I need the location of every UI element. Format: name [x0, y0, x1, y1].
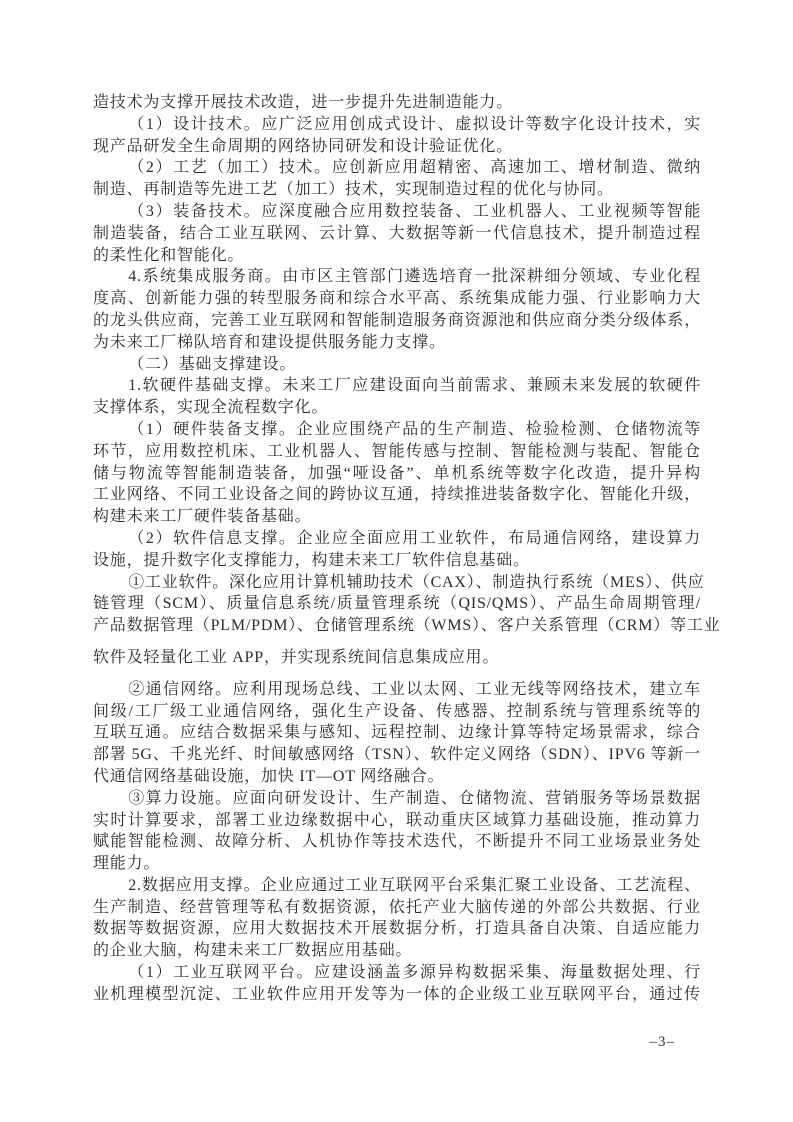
text-line: 实时计算要求，部署工业边缘数据中心，联动重庆区域算力基础设施，推动算力	[93, 810, 701, 832]
text-line: （2）工艺（加工）技术。应创新应用超精密、高速加工、增材制造、微纳	[93, 157, 701, 179]
document-page: 造技术为支撑开展技术改造，进一步提升先进制造能力。（1）设计技术。应广泛应用创成…	[0, 0, 793, 1122]
text-line: 产品数据管理（PLM/PDM）、仓储管理系统（WMS）、客户关系管理（CRM）等…	[93, 615, 701, 637]
text-line: 理能力。	[93, 853, 701, 875]
text-line: 制造装备，结合工业互联网、云计算、大数据等新一代信息技术，提升制造过程	[93, 223, 701, 245]
text-line: 现产品研发全生命周期的网络协同研发和设计验证优化。	[93, 136, 701, 158]
text-line: 造技术为支撑开展技术改造，进一步提升先进制造能力。	[93, 92, 701, 114]
text-line: 构建未来工厂硬件装备基础。	[93, 506, 701, 528]
text-line: 支撑体系，实现全流程数字化。	[93, 397, 701, 419]
text-line: 业机理模型沉淀、工业软件应用开发等为一体的企业级工业互联网平台，通过传	[93, 984, 701, 1006]
text-line: 代通信网络基础设施，加快 IT—OT 网络融合。	[93, 766, 701, 788]
text-line: （二）基础支撑建设。	[93, 354, 701, 376]
text-line: 的企业大脑，构建未来工厂数据应用基础。	[93, 940, 701, 962]
text-line: 1.软硬件基础支撑。未来工厂应建设面向当前需求、兼顾未来发展的软硬件	[93, 375, 701, 397]
text-line: 部署 5G、千兆光纤、时间敏感网络（TSN）、软件定义网络（SDN）、IPV6 …	[93, 744, 701, 766]
text-line: 互联互通。应结合数据采集与感知、远程控制、边缘计算等特定场景需求，综合	[93, 722, 701, 744]
text-line: 数据等数据资源，应用大数据技术开展数据分析，打造具备自决策、自适应能力	[93, 918, 701, 940]
text-line: 度高、创新能力强的转型服务商和综合水平高、系统集成能力强、行业影响力大	[93, 288, 701, 310]
text-line: 储与物流等智能制造装备，加强“哑设备”、单机系统等数字化改造，提升异构	[93, 463, 701, 485]
text-line: （1）硬件装备支撑。企业应围绕产品的生产制造、检验检测、仓储物流等	[93, 419, 701, 441]
text-line: 赋能智能检测、故障分析、人机协作等技术迭代，不断提升不同工业场景业务处	[93, 831, 701, 853]
text-line: 环节，应用数控机床、工业机器人、智能传感与控制、智能检测与装配、智能仓	[93, 441, 701, 463]
text-line: 设施，提升数字化支撑能力，构建未来工厂软件信息基础。	[93, 550, 701, 572]
text-line: ①工业软件。深化应用计算机辅助技术（CAX）、制造执行系统（MES）、供应	[93, 572, 701, 594]
text-line: 2.数据应用支撑。企业应通过工业互联网平台采集汇聚工业设备、工艺流程、	[93, 875, 701, 897]
text-line: 间级/工厂级工业通信网络，强化生产设备、传感器、控制系统与管理系统等的	[93, 701, 701, 723]
text-line: 的柔性化和智能化。	[93, 245, 701, 267]
page-number: –3–	[650, 1034, 676, 1051]
text-line: 工业网络、不同工业设备之间的跨协议互通，持续推进装备数字化、智能化升级，	[93, 484, 701, 506]
text-line: 软件及轻量化工业 APP，并实现系统间信息集成应用。	[93, 647, 701, 669]
text-line: （3）装备技术。应深度融合应用数控装备、工业机器人、工业视频等智能	[93, 201, 701, 223]
text-line: （1）设计技术。应广泛应用创成式设计、虚拟设计等数字化设计技术，实	[93, 114, 701, 136]
text-line: 为未来工厂梯队培育和建设提供服务能力支撑。	[93, 332, 701, 354]
text-line: 生产制造、经营管理等私有数据资源，依托产业大脑传递的外部公共数据、行业	[93, 897, 701, 919]
text-line: 链管理（SCM）、质量信息系统/质量管理系统（QIS/QMS）、产品生命周期管理…	[93, 593, 701, 615]
text-line: 4.系统集成服务商。由市区主管部门遴选培育一批深耕细分领域、专业化程	[93, 266, 701, 288]
text-line: （2）软件信息支撑。企业应全面应用工业软件，布局通信网络，建设算力	[93, 528, 701, 550]
text-line: ②通信网络。应利用现场总线、工业以太网、工业无线等网络技术，建立车	[93, 679, 701, 701]
document-body: 造技术为支撑开展技术改造，进一步提升先进制造能力。（1）设计技术。应广泛应用创成…	[93, 92, 701, 1006]
text-line: 的龙头供应商，完善工业互联网和智能制造服务商资源池和供应商分类分级体系，	[93, 310, 701, 332]
text-line: 制造、再制造等先进工艺（加工）技术，实现制造过程的优化与协同。	[93, 179, 701, 201]
text-line: （1）工业互联网平台。应建设涵盖多源异构数据采集、海量数据处理、行	[93, 962, 701, 984]
text-line: ③算力设施。应面向研发设计、生产制造、仓储物流、营销服务等场景数据	[93, 788, 701, 810]
